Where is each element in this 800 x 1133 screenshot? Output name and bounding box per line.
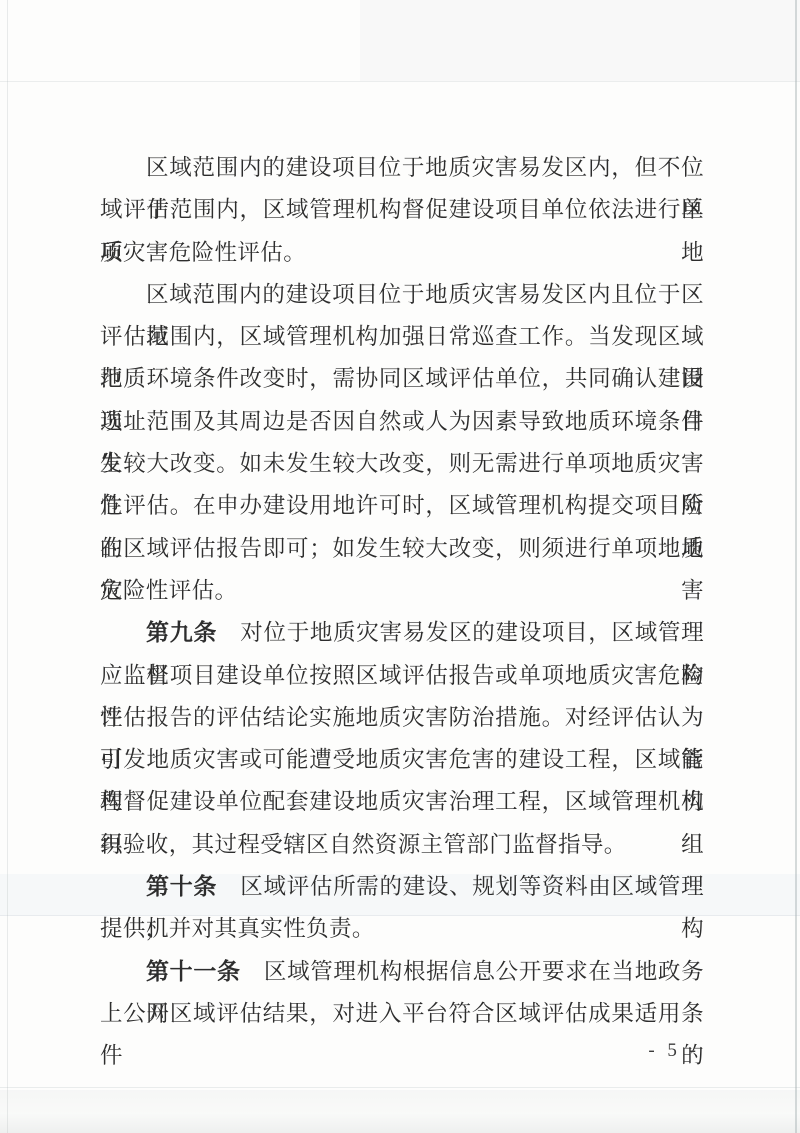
text-line: 区域范围内的建设项目位于地质灾害易发区内且位于区域	[100, 274, 704, 316]
scan-line-low	[0, 1087, 800, 1088]
document-page: 区域范围内的建设项目位于地质灾害易发区内，但不位于区域评估范围内，区域管理机构督…	[0, 0, 800, 1133]
text-line: 生较大改变。如未发生较大改变，则无需进行单项地质灾害危险	[100, 443, 704, 485]
scan-edge-right	[795, 0, 797, 1133]
scan-shade-top	[360, 0, 800, 81]
document-body: 区域范围内的建设项目位于地质灾害易发区内，但不位于区域评估范围内，区域管理机构督…	[100, 147, 704, 1035]
text-line: 第十条 区域评估所需的建设、规划等资料由区域管理机构	[100, 866, 704, 908]
text-line: 选址范围及其周边是否因自然或人为因素导致地质环境条件发	[100, 401, 704, 443]
text-line: 第十一条 区域管理机构根据信息公开要求在当地政务网	[100, 951, 704, 993]
text-line: 上公开区域评估结果，对进入平台符合区域评估成果适用条件的	[100, 993, 704, 1035]
text-line: 第九条 对位于地质灾害易发区的建设项目，区域管理机构	[100, 612, 704, 654]
scan-edge-left	[7, 0, 8, 1133]
text-line: 区域范围内的建设项目位于地质灾害易发区内，但不位于区	[100, 147, 704, 189]
text-line: 引发地质灾害或可能遭受地质灾害危害的建设工程，区域管理机	[100, 739, 704, 781]
text-line: 评估范围内，区域管理机构加强日常巡查工作。当发现区域范围	[100, 316, 704, 358]
text-segment: 危险性评估。	[100, 578, 237, 603]
text-line: 域评估范围内，区域管理机构督促建设项目单位依法进行单项地	[100, 189, 704, 231]
scan-line-top	[0, 81, 800, 82]
article-number: 第九条	[146, 620, 217, 645]
text-segment: 提供，并对其真实性负责。	[100, 916, 375, 941]
text-line: 地质环境条件改变时，需协同区域评估单位，共同确认建设项目	[100, 358, 704, 400]
text-segment: 织验收，其过程受辖区自然资源主管部门监督指导。	[100, 832, 627, 857]
article-number: 第十条	[146, 874, 217, 899]
page-number: - 5 -	[648, 1040, 700, 1062]
text-line: 应监督项目建设单位按照区域评估报告或单项地质灾害危险性	[100, 655, 704, 697]
scan-shade-bottom	[0, 1090, 800, 1133]
text-line: 性评估。在申办建设用地许可时，区域管理机构提交项目所在地	[100, 485, 704, 527]
text-segment: 质灾害危险性评估。	[100, 240, 306, 265]
text-line: 构督促建设单位配套建设地质灾害治理工程，区域管理机构再组	[100, 781, 704, 823]
article-number: 第十一条	[146, 959, 241, 984]
text-line: 织验收，其过程受辖区自然资源主管部门监督指导。	[100, 824, 704, 866]
text-line: 的区域评估报告即可；如发生较大改变，则须进行单项地质灾害	[100, 528, 704, 570]
text-segment: 上公开区域评估结果，对进入平台符合区域评估成果适用条件的	[100, 1001, 704, 1068]
text-line: 评估报告的评估结论实施地质灾害防治措施。对经评估认为可能	[100, 697, 704, 739]
